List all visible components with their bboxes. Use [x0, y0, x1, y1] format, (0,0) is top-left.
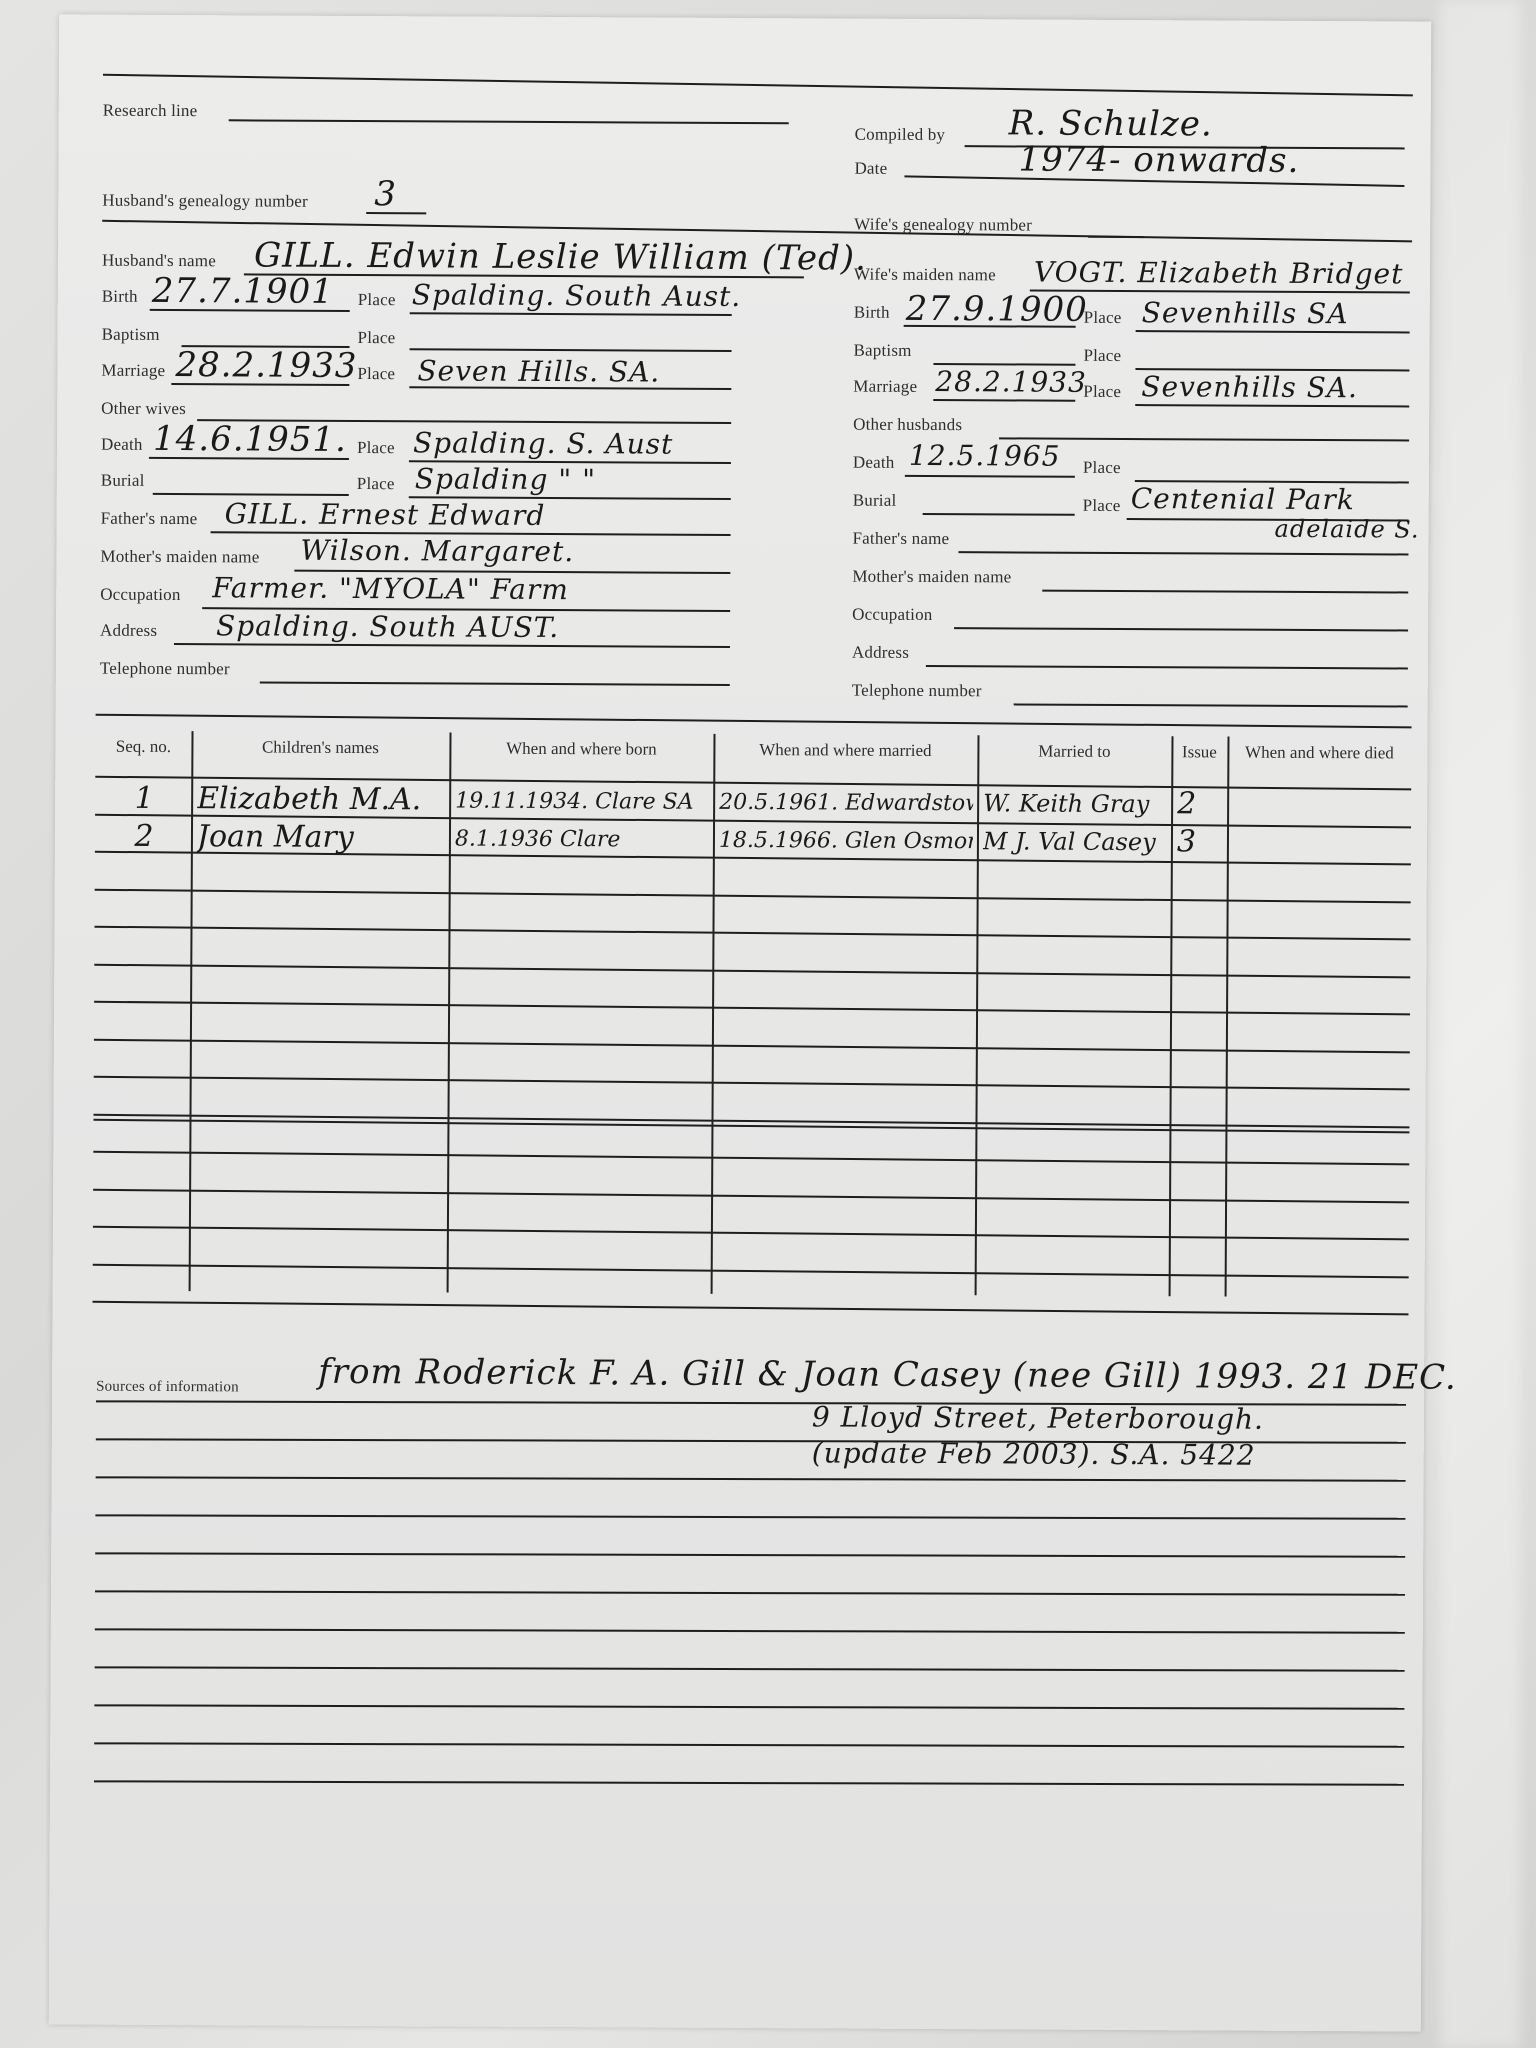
husband-marriage-label: Marriage — [101, 361, 165, 381]
wife-marriage-place-label: Place — [1083, 382, 1121, 402]
table-row-rule — [94, 1038, 1410, 1053]
wife-burial-place-label: Place — [1083, 496, 1121, 516]
table-cell-seq-no: 2 — [101, 818, 187, 853]
husband-mother-label: Mother's maiden name — [100, 547, 259, 568]
compiled-by-value: R. Schulze. — [1009, 103, 1213, 144]
wife-mother-label: Mother's maiden name — [852, 567, 1011, 588]
wife-burial-place-value: Centenial Park — [1131, 482, 1355, 516]
husband-genealogy-label: Husband's genealogy number — [102, 191, 308, 212]
header-seq-no: Seq. no. — [95, 737, 191, 758]
research-line-field[interactable] — [229, 119, 789, 123]
compiled-by-label: Compiled by — [855, 125, 946, 145]
column-divider — [711, 734, 716, 1294]
research-line-label: Research line — [103, 101, 198, 121]
husband-address-label: Address — [100, 621, 157, 641]
table-row-rule — [93, 1226, 1409, 1241]
sources-rule — [96, 1400, 1406, 1405]
wife-father-label: Father's name — [852, 529, 949, 550]
wife-mother-field[interactable] — [1042, 590, 1408, 593]
table-row-rule — [94, 963, 1410, 978]
husband-birth-label: Birth — [102, 287, 138, 307]
table-rows: 1Elizabeth M.A.19.11.1934. Clare SA20.5.… — [59, 14, 1431, 21]
wife-marriage-label: Marriage — [853, 377, 917, 397]
husband-mother-value: Wilson. Margaret. — [300, 534, 574, 568]
wife-occupation-field[interactable] — [954, 627, 1408, 631]
husband-telephone-field[interactable] — [260, 681, 730, 685]
sources-rule — [96, 1476, 1406, 1481]
header-married-to: Married to — [977, 741, 1171, 762]
wife-baptism-place-label: Place — [1083, 346, 1121, 366]
sources-rule — [94, 1780, 1404, 1785]
cloth-background — [1440, 0, 1520, 2048]
husband-baptism-place-field[interactable] — [410, 348, 732, 351]
children-table: Seq. no. Children's names When and where… — [59, 14, 1431, 21]
table-cell-when-and-where-born: 19.11.1934. Clare SA — [455, 789, 709, 815]
column-divider — [975, 735, 980, 1295]
sources-rule — [95, 1628, 1405, 1633]
wife-marriage-place-value: Sevenhills SA. — [1141, 370, 1358, 404]
sources-rule — [94, 1704, 1404, 1709]
husband-birth-place-field[interactable] — [410, 312, 732, 315]
wife-other-husbands-label: Other husbands — [853, 415, 962, 436]
sources-field[interactable] — [59, 14, 1431, 21]
wife-burial-place-value-2: adelaide S. — [1275, 515, 1420, 544]
header-when-where-died: When and where died — [1227, 743, 1411, 764]
wife-address-field[interactable] — [926, 665, 1408, 669]
wife-death-label: Death — [853, 453, 895, 473]
sources-rule — [95, 1514, 1405, 1519]
sources-line-2: 9 Lloyd Street, Peterborough. — [812, 1400, 1264, 1435]
table-row-rule — [94, 926, 1410, 941]
table-cell-married-to: W. Keith Gray — [983, 789, 1167, 818]
husband-burial-place-label: Place — [357, 474, 395, 494]
wife-telephone-field[interactable] — [1014, 703, 1408, 707]
husband-burial-label: Burial — [101, 471, 145, 491]
table-cell-children-s-names: Joan Mary — [197, 819, 445, 855]
husband-baptism-place-label: Place — [358, 328, 396, 348]
table-cell-married-to: M J. Val Casey — [983, 827, 1167, 856]
date-value: 1974- onwards. — [1018, 139, 1299, 180]
husband-occupation-label: Occupation — [100, 585, 180, 605]
husband-father-value: GILL. Ernest Edward — [225, 497, 546, 532]
genealogy-family-group-sheet: Research line Compiled by R. Schulze. Da… — [49, 14, 1432, 2031]
husband-death-place-label: Place — [357, 438, 395, 458]
sources-label: Sources of information — [96, 1379, 239, 1397]
wife-address-label: Address — [852, 643, 909, 663]
wife-birth-label: Birth — [854, 303, 890, 323]
table-row-rule — [93, 1263, 1409, 1278]
wife-marriage-field[interactable] — [933, 399, 1075, 401]
husband-father-label: Father's name — [101, 509, 198, 530]
husband-other-wives-label: Other wives — [101, 399, 186, 419]
husband-name-label: Husband's name — [102, 251, 216, 272]
wife-birth-place-label: Place — [1084, 308, 1122, 328]
wife-telephone-label: Telephone number — [852, 681, 982, 702]
table-row-rule — [93, 1301, 1409, 1316]
table-row-rule — [93, 1188, 1409, 1203]
sources-rule — [95, 1552, 1405, 1557]
wife-marriage-place-field[interactable] — [1135, 404, 1409, 407]
date-label: Date — [854, 159, 887, 179]
wife-birth-value: 27.9.1900 — [906, 289, 1088, 330]
wife-occupation-label: Occupation — [852, 605, 932, 625]
header-issue: Issue — [1171, 742, 1227, 762]
table-top-rule — [96, 714, 1412, 729]
header-children-names: Children's names — [191, 737, 449, 758]
wife-marriage-value: 28.2.1933 — [935, 365, 1087, 399]
husband-address-value: Spalding. South AUST. — [216, 609, 559, 644]
top-rule — [103, 74, 1413, 97]
husband-burial-place-value: Spalding " " — [415, 462, 596, 496]
husband-birth-place-value: Spalding. South Aust. — [412, 278, 742, 313]
table-cell-when-and-where-born: 8.1.1936 Clare — [455, 826, 709, 852]
wife-birth-place-field[interactable] — [1136, 330, 1410, 333]
husband-occupation-value: Farmer. "MYOLA" Farm — [212, 571, 569, 606]
husband-marriage-place-label: Place — [357, 364, 395, 384]
wife-burial-field[interactable] — [923, 513, 1075, 515]
husband-telephone-label: Telephone number — [100, 659, 230, 680]
sources-rule — [95, 1590, 1405, 1595]
table-row-rule — [93, 1151, 1409, 1166]
sources-rule — [94, 1742, 1404, 1747]
husband-name-value: GILL. Edwin Leslie William (Ted). — [254, 235, 867, 278]
husband-address-field[interactable] — [174, 643, 730, 647]
husband-birth-place-label: Place — [358, 290, 396, 310]
column-divider — [1169, 736, 1174, 1296]
husband-death-place-value: Spalding. S. Aust — [413, 426, 673, 460]
table-cell-children-s-names: Elizabeth M.A. — [197, 781, 445, 817]
wife-name-value: VOGT. Elizabeth Bridget — [1034, 256, 1404, 291]
husband-genealogy-value: 3 — [374, 174, 397, 214]
table-row-rule — [95, 888, 1411, 903]
husband-marriage-place-value: Seven Hills. SA. — [417, 354, 660, 388]
header-when-where-born: When and where born — [449, 738, 713, 759]
husband-death-label: Death — [101, 435, 143, 455]
table-cell-issue: 2 — [1177, 786, 1223, 821]
wife-death-value: 12.5.1965 — [909, 439, 1061, 473]
wife-father-field[interactable] — [958, 551, 1408, 555]
wife-death-field[interactable] — [905, 475, 1075, 477]
table-cell-when-and-where-married: 20.5.1961. Edwardstown — [719, 790, 973, 816]
table-cell-issue: 3 — [1177, 824, 1223, 859]
husband-baptism-label: Baptism — [102, 325, 160, 345]
wife-death-place-label: Place — [1083, 458, 1121, 478]
header-when-where-married: When and where married — [713, 740, 977, 761]
table-row-rule — [94, 1076, 1410, 1091]
husband-death-value: 14.6.1951. — [153, 419, 347, 460]
wife-baptism-label: Baptism — [853, 341, 911, 361]
husband-marriage-value: 28.2.1933 — [175, 345, 357, 386]
table-row: 2Joan Mary8.1.1936 Clare18.5.1966. Glen … — [59, 14, 1431, 21]
sources-rule — [95, 1666, 1405, 1671]
wife-birth-place-value: Sevenhills SA — [1142, 296, 1349, 330]
wife-burial-label: Burial — [853, 491, 897, 511]
column-divider — [1225, 737, 1230, 1297]
wife-name-label: Wife's maiden name — [854, 265, 996, 286]
table-row-rule — [94, 1001, 1410, 1016]
table-row: 1Elizabeth M.A.19.11.1934. Clare SA20.5.… — [59, 14, 1431, 21]
table-cell-seq-no: 1 — [101, 781, 187, 816]
table-cell-when-and-where-married: 18.5.1966. Glen Osmond. — [719, 827, 973, 853]
sources-line-1: from Roderick F. A. Gill & Joan Casey (n… — [318, 1352, 1457, 1398]
husband-burial-field[interactable] — [153, 493, 349, 496]
husband-birth-value: 27.7.1901 — [152, 271, 334, 312]
